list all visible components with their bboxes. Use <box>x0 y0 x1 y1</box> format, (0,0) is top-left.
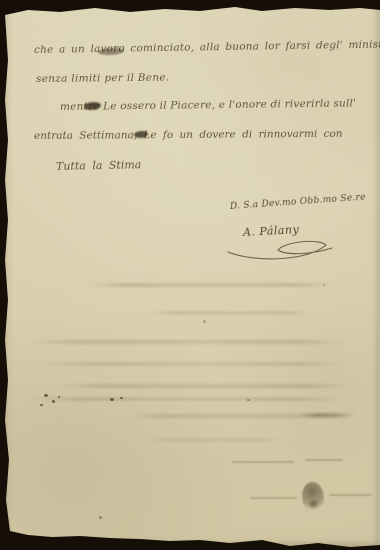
signature-flourish-icon <box>222 236 337 266</box>
handwritten-line-4: entrata Settimana, Le fo un dovere di ri… <box>34 128 343 142</box>
ink-speck <box>40 404 43 406</box>
bleed-through-line <box>30 397 345 401</box>
faint-mark <box>250 497 297 499</box>
ink-speck <box>99 516 102 519</box>
letter-paper: che a un lavoro cominciato, alla buona l… <box>0 0 380 550</box>
bleed-through-line <box>42 362 347 366</box>
faint-mark <box>329 494 372 496</box>
ink-speck <box>247 399 250 401</box>
ink-speck <box>52 400 55 403</box>
handwritten-line-2: senza limiti per il Bene. <box>36 72 170 85</box>
bleed-through-line <box>58 384 348 388</box>
faint-mark <box>305 459 343 461</box>
closing-salutation: D. S.a Dev.mo Obb.mo Se.re <box>230 193 367 212</box>
bleed-through-line <box>150 311 310 315</box>
ink-speck <box>120 397 123 399</box>
seal-stamp-mark <box>302 482 324 512</box>
handwritten-line-3: mentre Le ossero il Piacere, e l'onore d… <box>60 97 356 113</box>
ink-speck <box>110 398 114 401</box>
handwritten-line-5: Tutta la Stima <box>56 158 142 173</box>
handwritten-line-1: che a un lavoro cominciato, alla buona l… <box>34 38 380 56</box>
bleed-through-line <box>300 413 355 417</box>
bleed-through-line <box>150 438 280 442</box>
ink-speck <box>203 320 206 323</box>
ink-speck <box>323 284 325 286</box>
faint-mark <box>232 461 294 463</box>
bleed-through-line <box>30 340 345 344</box>
ink-speck <box>58 396 60 398</box>
scanned-letter-page: che a un lavoro cominciato, alla buona l… <box>0 0 380 550</box>
bleed-through-line <box>88 283 333 287</box>
ink-speck <box>44 394 48 397</box>
